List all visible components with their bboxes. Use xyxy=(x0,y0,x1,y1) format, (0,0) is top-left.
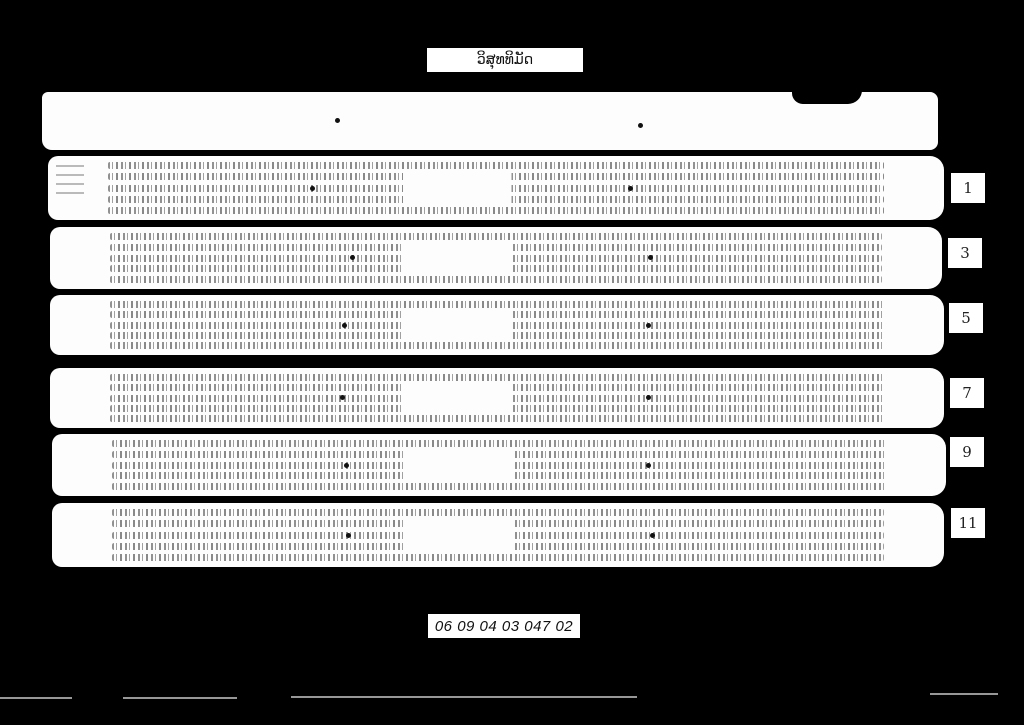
page-number-tag: 9 xyxy=(950,437,984,467)
binding-hole-left xyxy=(346,533,351,538)
script-line xyxy=(108,162,884,169)
script-line xyxy=(112,509,884,516)
page-number: 5 xyxy=(961,309,971,327)
binding-hole-right xyxy=(646,463,651,468)
script-line xyxy=(110,405,884,412)
script-line xyxy=(110,233,882,240)
leaf-text-block xyxy=(108,162,884,214)
page-number: 1 xyxy=(963,179,973,197)
script-line xyxy=(110,374,884,381)
leaf-text-block xyxy=(112,509,884,561)
page-number: 7 xyxy=(962,384,972,402)
script-line xyxy=(110,265,882,272)
leaf-text-block xyxy=(110,301,884,349)
binding-hole-right xyxy=(648,255,653,260)
binding-hole-left xyxy=(342,323,347,328)
script-line xyxy=(108,173,884,180)
leaf-text-block xyxy=(110,233,882,283)
margin-annotation xyxy=(56,164,84,194)
scan-artifact-line xyxy=(123,697,237,699)
script-line xyxy=(110,384,884,391)
leaf-text-block xyxy=(112,440,886,490)
script-line xyxy=(112,451,886,458)
binding-hole-right xyxy=(638,123,643,128)
binding-hole-left xyxy=(344,463,349,468)
page-number: 11 xyxy=(958,514,977,532)
page-number: 3 xyxy=(960,244,970,262)
catalog-code: 06 09 04 03 047 02 xyxy=(435,618,573,635)
leaf-damage-notch xyxy=(792,92,862,104)
script-line xyxy=(110,332,884,339)
page-number-tag: 11 xyxy=(951,508,985,538)
binding-hole-left xyxy=(340,395,345,400)
page-number: 9 xyxy=(962,443,972,461)
scan-artifact-line xyxy=(291,696,637,698)
script-line xyxy=(110,395,884,402)
script-line xyxy=(110,322,884,329)
binding-hole-right xyxy=(650,533,655,538)
scan-artifact-line xyxy=(0,697,72,699)
script-line xyxy=(110,276,882,283)
page-number-tag: 3 xyxy=(948,238,982,268)
page-number-tag: 5 xyxy=(949,303,983,333)
script-line xyxy=(110,342,884,349)
manuscript-leaf-9 xyxy=(52,434,946,496)
binding-hole-left xyxy=(335,118,340,123)
binding-hole-left xyxy=(310,186,315,191)
manuscript-leaf-5 xyxy=(50,295,944,355)
binding-hole-right xyxy=(646,323,651,328)
script-line xyxy=(112,532,884,539)
leaf-text-block xyxy=(110,374,884,422)
page-number-tag: 1 xyxy=(951,173,985,203)
script-line xyxy=(108,207,884,214)
script-line xyxy=(112,543,884,550)
manuscript-leaf-1 xyxy=(48,156,944,220)
script-line xyxy=(112,483,886,490)
binding-hole-right xyxy=(646,395,651,400)
cover-leaf xyxy=(42,92,938,150)
script-line xyxy=(112,554,884,561)
manuscript-title-label: ວິສຸທທິມັດ xyxy=(427,48,583,72)
script-line xyxy=(110,415,884,422)
script-line xyxy=(110,301,884,308)
binding-hole-right xyxy=(628,186,633,191)
script-line xyxy=(112,440,886,447)
script-line xyxy=(112,520,884,527)
catalog-code-label: 06 09 04 03 047 02 xyxy=(428,614,580,638)
script-line xyxy=(108,185,884,192)
script-line xyxy=(110,244,882,251)
manuscript-leaf-7 xyxy=(50,368,944,428)
manuscript-leaf-3 xyxy=(50,227,942,289)
script-line xyxy=(108,196,884,203)
script-line xyxy=(112,462,886,469)
script-line xyxy=(110,311,884,318)
binding-hole-left xyxy=(350,255,355,260)
manuscript-title: ວິສຸທທິມັດ xyxy=(477,52,533,68)
script-line xyxy=(110,255,882,262)
page-number-tag: 7 xyxy=(950,378,984,408)
script-line xyxy=(112,472,886,479)
manuscript-leaf-11 xyxy=(52,503,944,567)
scan-artifact-line xyxy=(930,693,998,695)
